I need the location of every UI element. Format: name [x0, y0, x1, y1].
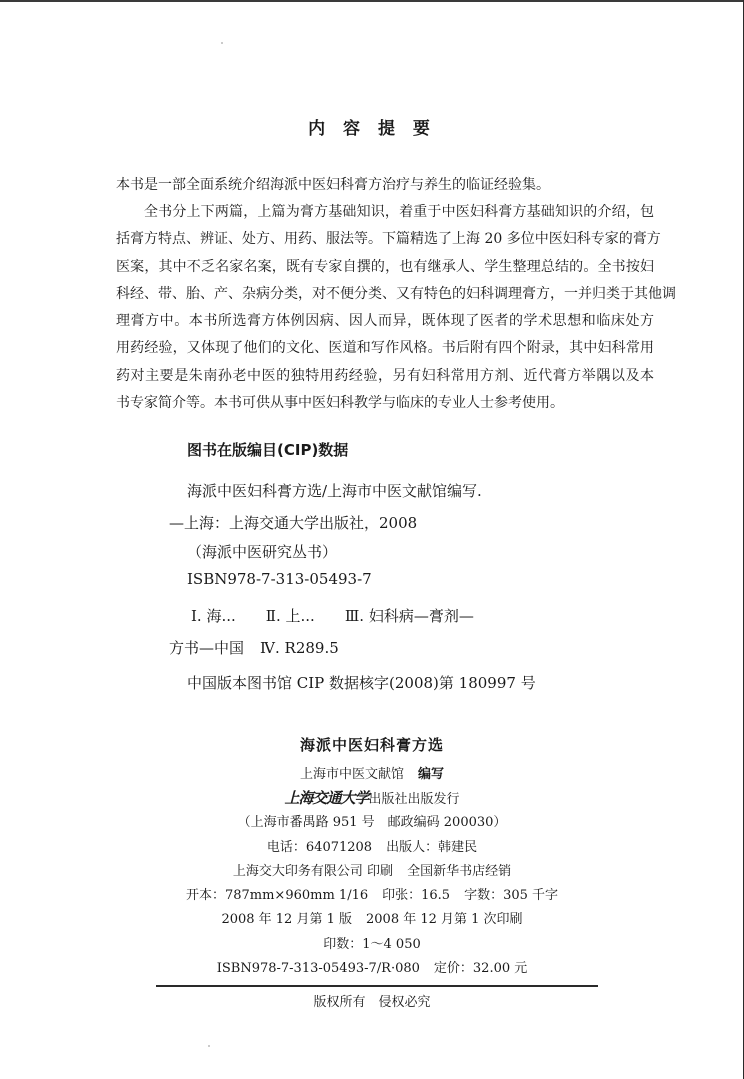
summary-line: 用药经验，又体现了他们的文化、医道和写作风格。书后附有四个附录，其中妇科常用 — [116, 335, 654, 362]
editor-role: 编写 — [418, 767, 444, 782]
publisher-logo: 上海交通大学 — [284, 789, 368, 807]
cip-isbn-line: ISBN978-7-313-05493-7 — [187, 570, 372, 588]
isbn-full: ISBN978-7-313-05493-7/R·080 — [217, 961, 420, 976]
summary-line: 药对主要是朱南孙老中医的独特用药经验，另有妇科常用方剂、近代膏方举隅以及本 — [116, 363, 654, 390]
editor-name: 上海市中医文献馆 — [300, 767, 404, 782]
imprint-format-line: 开本：787mm×960mm 1/16印张：16.5字数：305 千字 — [0, 884, 744, 903]
page-title: 内 容 提 要 — [0, 114, 744, 139]
imprint-phone-line: 电话：64071208出版人：韩建民 — [0, 836, 744, 855]
cip-class-item: Ⅱ. 上... — [266, 607, 315, 625]
page-border-top — [0, 0, 744, 2]
cip-classification: Ⅰ. 海...Ⅱ. 上...Ⅲ. 妇科病—膏剂— — [191, 605, 504, 626]
printer: 上海交大印务有限公司 印刷 — [233, 864, 393, 879]
cip-class-item: Ⅳ. R289.5 — [260, 639, 339, 657]
imprint-address: （上海市番禺路 951 号 邮政编码 200030） — [0, 811, 744, 830]
scan-speck — [221, 42, 223, 44]
summary-line: 书专家简介等。本书可供从事中医妇科教学与临床的专业人士参考使用。 — [116, 390, 654, 417]
cip-classification-cont: 方书—中国Ⅳ. R289.5 — [169, 637, 355, 658]
imprint-isbn-line: ISBN978-7-313-05493-7/R·080定价：32.00 元 — [0, 957, 744, 976]
summary-line: 理膏方中。本书所选膏方体例因病、因人而异，既体现了医者的学术思想和临床处方 — [116, 308, 654, 335]
publisher-person: 出版人：韩建民 — [386, 840, 477, 855]
horizontal-rule — [156, 985, 598, 987]
summary-line: 全书分上下两篇，上篇为膏方基础知识，着重于中医妇科膏方基础知识的介绍，包 — [116, 199, 654, 226]
format: 开本：787mm×960mm 1/16 — [186, 888, 368, 903]
imprint-print-run: 印数：1～4 050 — [0, 933, 744, 952]
copyright-notice: 版权所有 侵权必究 — [0, 991, 744, 1010]
summary-line: 医案，其中不乏名家名案，既有专家自撰的，也有继承人、学生整理总结的。全书按妇 — [116, 254, 654, 281]
edition: 2008 年 12 月第 1 版 — [221, 912, 352, 927]
imprint-publisher: 上海交通大学出版社出版发行 — [0, 787, 744, 808]
imprint-editor: 上海市中医文献馆编写 — [0, 763, 744, 782]
word-count: 字数：305 千字 — [464, 888, 558, 903]
summary-line: 括膏方特点、辨证、处方、用药、服法等。下篇精选了上海 20 多位中医妇科专家的膏… — [116, 226, 654, 253]
cip-publisher-line: —上海：上海交通大学出版社，2008 — [169, 512, 417, 533]
scan-speck — [208, 1045, 210, 1047]
summary-paragraph-1: 本书是一部全面系统介绍海派中医妇科膏方治疗与养生的临证经验集。 — [116, 172, 654, 199]
sheets: 印张：16.5 — [382, 888, 450, 903]
cip-class-item: Ⅰ. 海... — [191, 607, 236, 625]
cip-class-item: Ⅲ. 妇科病—膏剂— — [345, 607, 474, 625]
cip-series-line: （海派中医研究丛书） — [187, 541, 337, 562]
distributor: 全国新华书店经销 — [407, 864, 511, 879]
imprint-edition-line: 2008 年 12 月第 1 版2008 年 12 月第 1 次印刷 — [0, 908, 744, 927]
cip-record-number: 中国版本图书馆 CIP 数据核字(2008)第 180997 号 — [187, 672, 536, 693]
imprint-book-title: 海派中医妇科膏方选 — [0, 734, 744, 755]
summary-line: 科经、带、胎、产、杂病分类，对不便分类、又有特色的妇科调理膏方，一并归类于其他调 — [116, 281, 654, 308]
cip-heading: 图书在版编目(CIP)数据 — [187, 439, 348, 460]
imprint-printer-line: 上海交大印务有限公司 印刷全国新华书店经销 — [0, 860, 744, 879]
price: 定价：32.00 元 — [434, 961, 527, 976]
summary-paragraph-2: 全书分上下两篇，上篇为膏方基础知识，着重于中医妇科膏方基础知识的介绍，包 括膏方… — [116, 199, 654, 417]
publisher-suffix: 出版社出版发行 — [369, 792, 460, 807]
phone: 电话：64071208 — [267, 840, 372, 855]
cip-title-line: 海派中医妇科膏方选/上海市中医文献馆编写. — [187, 480, 482, 501]
printing: 2008 年 12 月第 1 次印刷 — [366, 912, 523, 927]
cip-class-item: 方书—中国 — [169, 639, 244, 657]
